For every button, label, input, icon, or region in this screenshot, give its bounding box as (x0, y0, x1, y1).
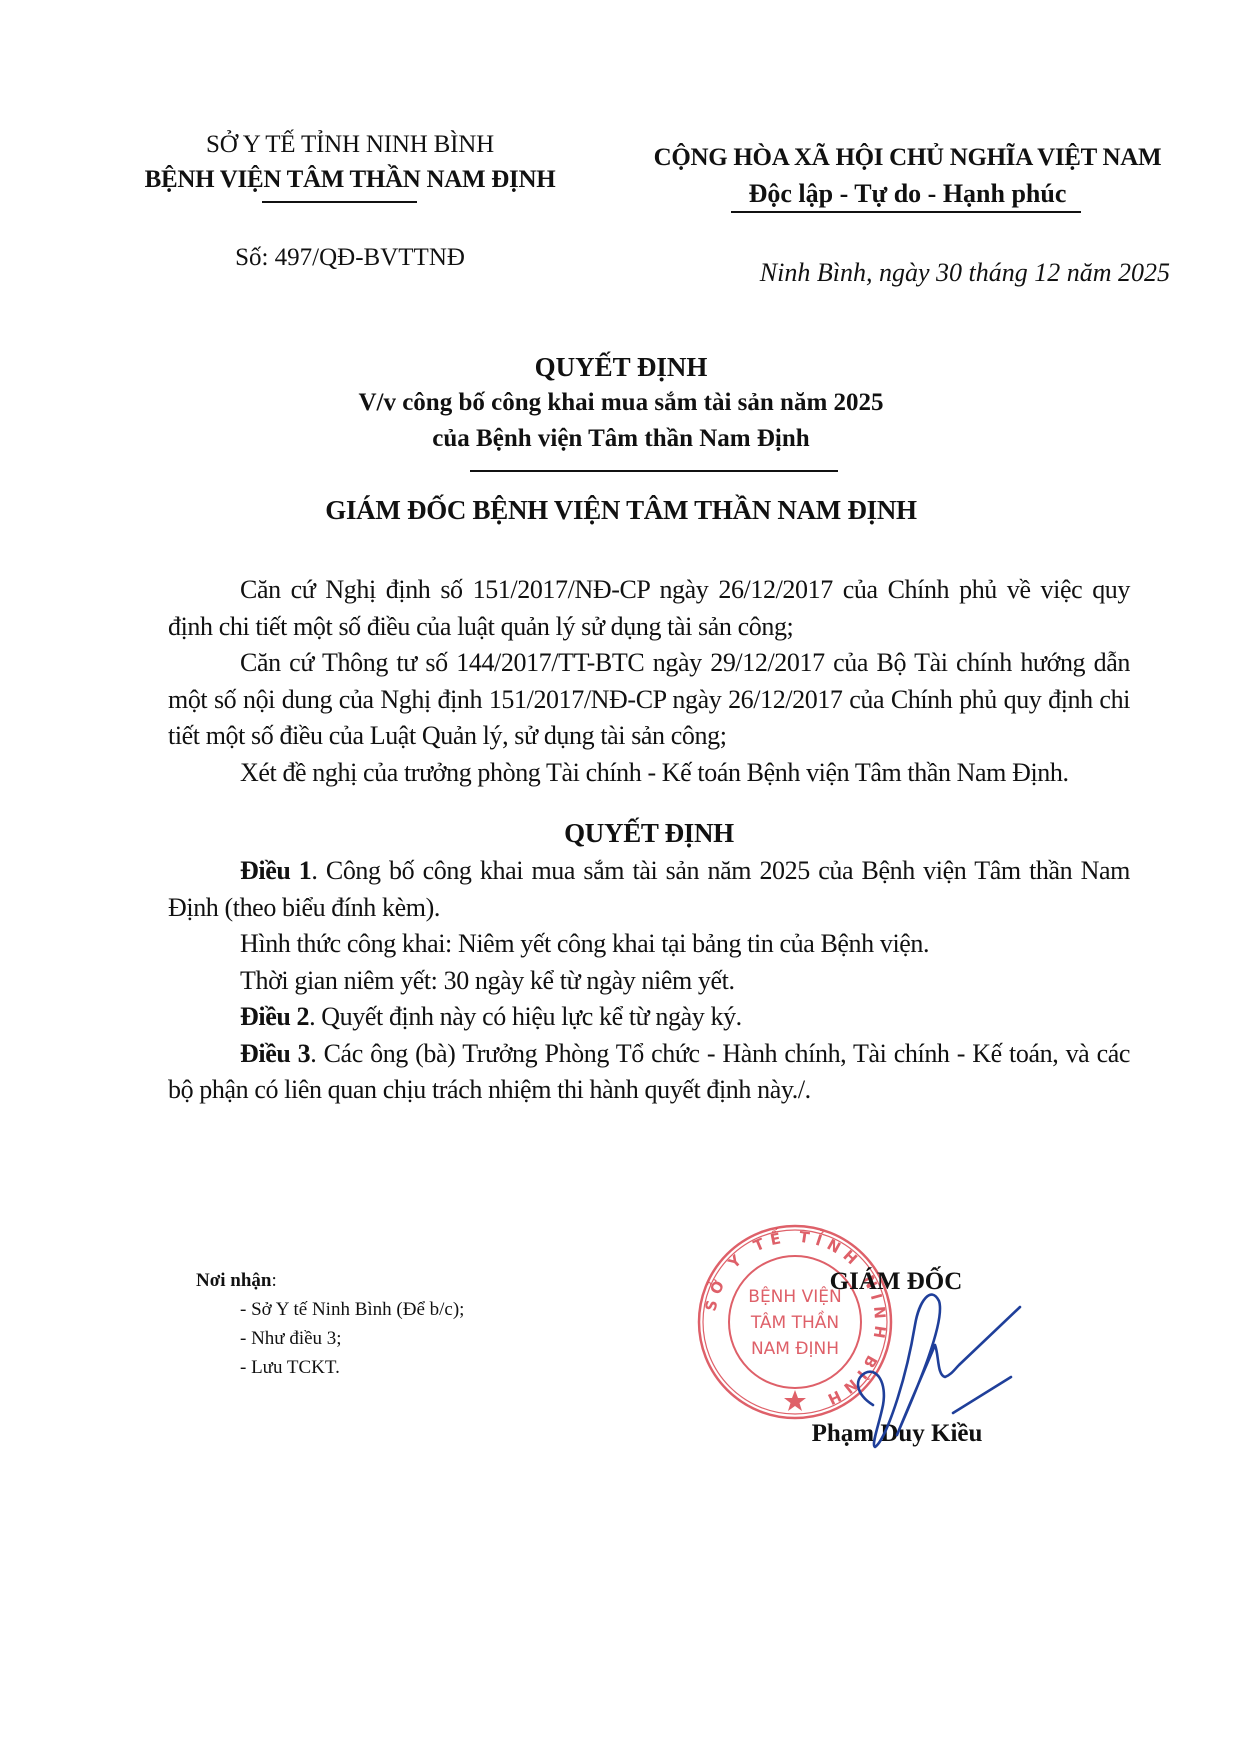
article-text: . Các ông (bà) Trưởng Phòng Tổ chức - Hà… (168, 1039, 1130, 1105)
article-text: Hình thức công khai: Niêm yết công khai … (240, 929, 929, 958)
recipient-item: - Lưu TCKT. (196, 1353, 464, 1382)
article-text: . Công bố công khai mua sắm tài sản năm … (168, 856, 1130, 922)
country-name: CỘNG HÒA XÃ HỘI CHỦ NGHĨA VIỆT NAM (615, 140, 1200, 176)
article-label: Điều 3 (240, 1039, 310, 1068)
article-3: Điều 3. Các ông (bà) Trưởng Phòng Tổ chứ… (168, 1036, 1130, 1109)
recipient-item: - Như điều 3; (196, 1324, 464, 1353)
article-2: Điều 2. Quyết định này có hiệu lực kể từ… (168, 999, 1130, 1036)
article-text: . Quyết định này có hiệu lực kể từ ngày … (309, 1002, 742, 1031)
document-type: QUYẾT ĐỊNH (0, 349, 1242, 385)
document-body: Căn cứ Nghị định số 151/2017/NĐ-CP ngày … (168, 572, 1130, 1109)
decision-heading: QUYẾT ĐỊNH (168, 815, 1130, 851)
issuing-authority: GIÁM ĐỐC BỆNH VIỆN TÂM THẦN NAM ĐỊNH (0, 495, 1242, 526)
stamp-line-3: NAM ĐỊNH (751, 1339, 839, 1359)
document-number: Số: 497/QĐ-BVTTNĐ (90, 244, 610, 272)
article-text: Thời gian niêm yết: 30 ngày kể từ ngày n… (240, 966, 735, 995)
article-1: Điều 1. Công bố công khai mua sắm tài sả… (168, 853, 1130, 926)
title-separator (470, 470, 838, 472)
preamble-paragraph: Xét đề nghị của trưởng phòng Tài chính -… (168, 755, 1130, 792)
article-1-duration: Thời gian niêm yết: 30 ngày kể từ ngày n… (168, 963, 1130, 1000)
organization-name: BỆNH VIỆN TÂM THẦN NAM ĐỊNH (90, 162, 610, 198)
national-motto: Độc lập - Tự do - Hạnh phúc (615, 176, 1200, 212)
preamble-paragraph: Căn cứ Thông tư số 144/2017/TT-BTC ngày … (168, 645, 1130, 755)
organization-underline (262, 201, 417, 203)
recipients-block: Nơi nhận: - Sở Y tế Ninh Bình (Để b/c); … (196, 1266, 464, 1382)
document-title-block: QUYẾT ĐỊNH V/v công bố công khai mua sắm… (0, 349, 1242, 457)
article-label: Điều 2 (240, 1002, 309, 1031)
stamp-line-2: TÂM THẦN (750, 1309, 839, 1333)
article-1-form: Hình thức công khai: Niêm yết công khai … (168, 926, 1130, 963)
recipient-item: - Sở Y tế Ninh Bình (Để b/c); (196, 1295, 464, 1324)
place-and-date: Ninh Bình, ngày 30 tháng 12 năm 2025 (615, 258, 1200, 288)
issuing-agency-block: SỞ Y TẾ TỈNH NINH BÌNH BỆNH VIỆN TÂM THẦ… (90, 128, 610, 198)
preamble-paragraph: Căn cứ Nghị định số 151/2017/NĐ-CP ngày … (168, 572, 1130, 645)
article-label: Điều 1 (240, 856, 311, 885)
handwritten-signature-icon (835, 1265, 1025, 1450)
national-header-block: CỘNG HÒA XÃ HỘI CHỦ NGHĨA VIỆT NAM Độc l… (615, 140, 1200, 212)
stamp-star-icon (784, 1390, 806, 1411)
motto-underline (731, 211, 1081, 213)
document-subject-line-1: V/v công bố công khai mua sắm tài sản nă… (0, 385, 1242, 421)
parent-agency: SỞ Y TẾ TỈNH NINH BÌNH (90, 128, 610, 162)
recipients-heading: Nơi nhận: (196, 1266, 464, 1295)
document-subject-line-2: của Bệnh viện Tâm thần Nam Định (0, 421, 1242, 457)
